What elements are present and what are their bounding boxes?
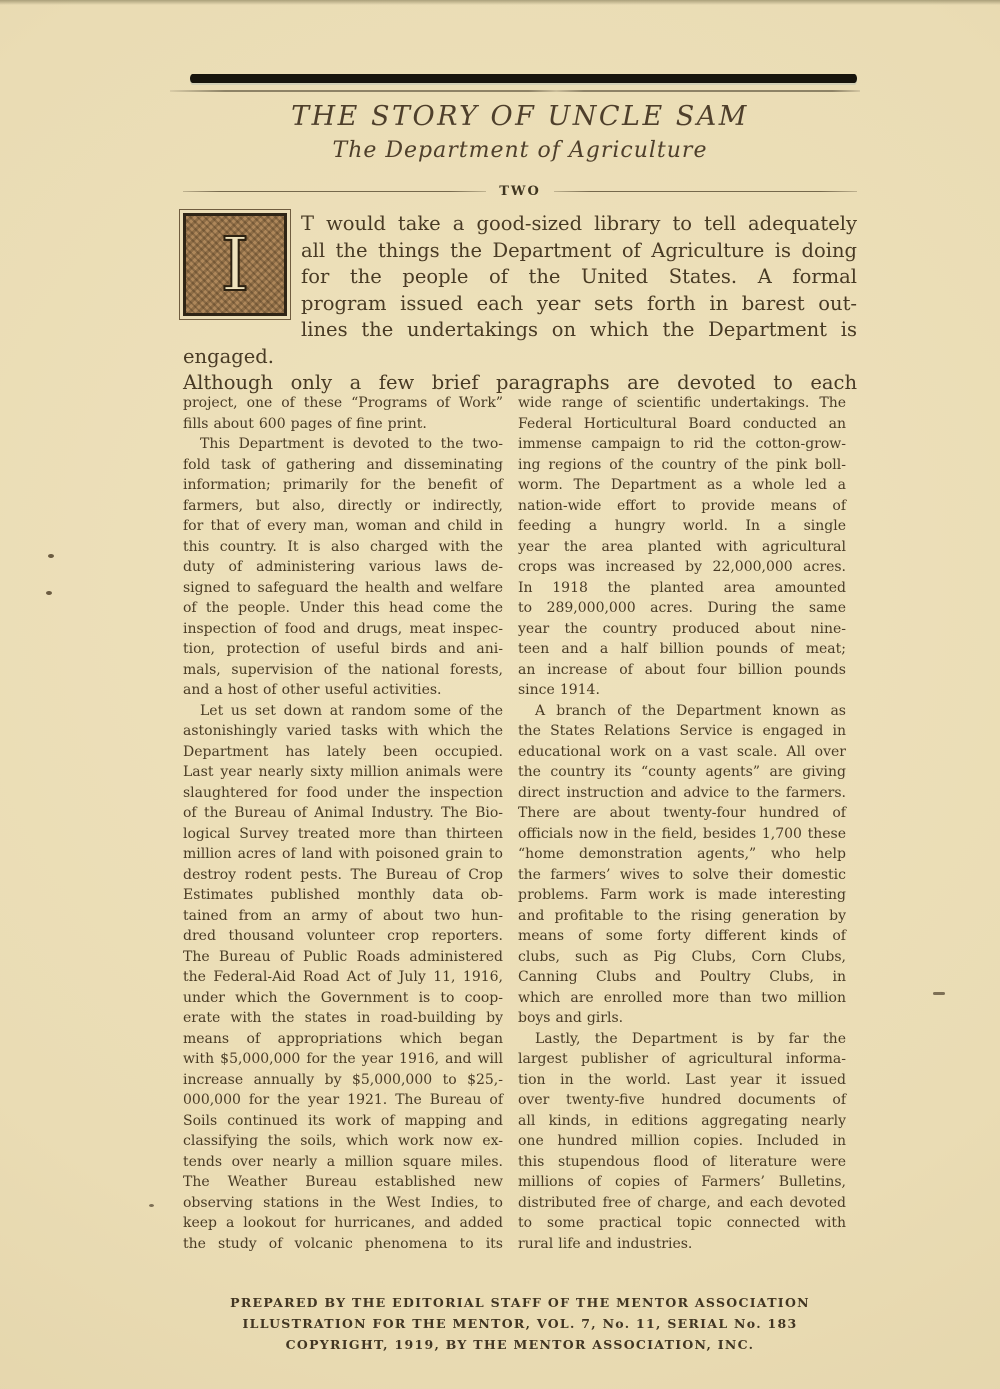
divider-right-rule (554, 191, 857, 193)
text-line: tained from an army of about two hun- (183, 906, 503, 927)
footer-credits: PREPARED BY THE EDITORIAL STAFF OF THE M… (183, 1292, 857, 1355)
text-line: increase annually by $5,000,000 to $25,- (183, 1070, 503, 1091)
text-line: the farmers’ wives to solve their domest… (518, 865, 846, 886)
scanned-page: THE STORY OF UNCLE SAM The Department of… (0, 0, 1000, 1389)
text-line: inspection of food and drugs, meat inspe… (183, 619, 503, 640)
text-line: under which the Government is to coop- (183, 988, 503, 1009)
text-line: Lastly, the Department is by far the (518, 1029, 846, 1050)
text-line: with $5,000,000 for the year 1916, and w… (183, 1049, 503, 1070)
header-thick-rule (190, 74, 857, 83)
text-line: 000,000 for the year 1921. The Bureau of (183, 1090, 503, 1111)
scan-artifact (149, 1204, 154, 1207)
text-line: an increase of about four billion pounds (518, 660, 846, 681)
text-line: feeding a hungry world. In a single (518, 516, 846, 537)
text-line: signed to safeguard the health and welfa… (183, 578, 503, 599)
text-line: which are enrolled more than two million (518, 988, 846, 1009)
text-line: destroy rodent pests. The Bureau of Crop (183, 865, 503, 886)
text-line: millions of copies of Farmers’ Bulletins… (518, 1172, 846, 1193)
text-line: distributed free of charge, and each dev… (518, 1193, 846, 1214)
section-label: TWO (499, 184, 541, 199)
text-line: year the area planted with agricultural (518, 537, 846, 558)
text-line: this stupendous flood of literature were (518, 1152, 846, 1173)
text-line: and profitable to the rising generation … (518, 906, 846, 927)
text-line: this country. It is also charged with th… (183, 537, 503, 558)
text-line: project, one of these “Programs of Work” (183, 393, 503, 414)
text-line: logical Survey treated more than thirtee… (183, 824, 503, 845)
text-line: observing stations in the West Indies, t… (183, 1193, 503, 1214)
text-line: the States Relations Service is engaged … (518, 721, 846, 742)
text-line: Estimates published monthly data ob- (183, 885, 503, 906)
text-line: of the people. Under this head come the (183, 598, 503, 619)
text-line: nation-wide effort to provide means of (518, 496, 846, 517)
text-line: worm. The Department as a whole led a (518, 475, 846, 496)
text-line: keep a lookout for hurricanes, and added (183, 1213, 503, 1234)
text-line: fills about 600 pages of fine print. (183, 414, 503, 435)
footer-line-prepared: PREPARED BY THE EDITORIAL STAFF OF THE M… (183, 1292, 857, 1313)
text-line: largest publisher of agricultural inform… (518, 1049, 846, 1070)
footer-line-copyright: COPYRIGHT, 1919, BY THE MENTOR ASSOCIATI… (183, 1334, 857, 1355)
text-line: The Weather Bureau established new (183, 1172, 503, 1193)
text-line: tends over nearly a million square miles… (183, 1152, 503, 1173)
text-line: The Bureau of Public Roads administered (183, 947, 503, 968)
text-line: the study of volcanic phenomena to its (183, 1234, 503, 1255)
drop-cap-letter: I (220, 228, 249, 302)
scan-artifact (933, 992, 945, 995)
text-line: tion in the world. Last year it issued (518, 1070, 846, 1091)
intro-paragraph: I T would take a good-sized library to t… (183, 211, 857, 397)
text-line: erate with the states in road-building b… (183, 1008, 503, 1029)
text-line: year the country produced about nine- (518, 619, 846, 640)
scan-artifact (48, 554, 54, 558)
text-line: officials now in the field, besides 1,70… (518, 824, 846, 845)
page-subtitle: The Department of Agriculture (183, 136, 857, 166)
text-line: dred thousand volunteer crop reporters. (183, 926, 503, 947)
footer-line-illustration: ILLUSTRATION FOR THE MENTOR, VOL. 7, No.… (183, 1313, 857, 1334)
text-line: ing regions of the country of the pink b… (518, 455, 846, 476)
text-line: Let us set down at random some of the (183, 701, 503, 722)
text-line: and a host of other useful activities. (183, 680, 503, 701)
text-line: one hundred million copies. Included in (518, 1131, 846, 1152)
left-column: project, one of these “Programs of Work”… (183, 393, 503, 1254)
page-title: THE STORY OF UNCLE SAM (183, 100, 857, 134)
text-line: over twenty-five hundred documents of (518, 1090, 846, 1111)
divider-left-rule (183, 191, 486, 193)
text-line: to 289,000,000 acres. During the same (518, 598, 846, 619)
text-line: for that of every man, woman and child i… (183, 516, 503, 537)
text-line: lines the undertakings on which the Depa… (183, 317, 857, 370)
text-line: fold task of gathering and disseminating (183, 455, 503, 476)
text-line: astonishingly varied tasks with which th… (183, 721, 503, 742)
text-line: direct instruction and advice to the far… (518, 783, 846, 804)
text-line: educational work on a vast scale. All ov… (518, 742, 846, 763)
text-line: There are about twenty-four hundred of (518, 803, 846, 824)
text-line: tion, protection of useful birds and ani… (183, 639, 503, 660)
text-line: immense campaign to rid the cotton-grow- (518, 434, 846, 455)
text-line: the country its “county agents” are givi… (518, 762, 846, 783)
text-line: slaughtered for food under the inspectio… (183, 783, 503, 804)
text-line: clubs, such as Pig Clubs, Corn Clubs, (518, 947, 846, 968)
text-line: Last year nearly sixty million animals w… (183, 762, 503, 783)
text-line: since 1914. (518, 680, 846, 701)
text-line: Canning Clubs and Poultry Clubs, in (518, 967, 846, 988)
text-line: farmers, but also, directly or indirectl… (183, 496, 503, 517)
text-line: boys and girls. (518, 1008, 846, 1029)
text-line: A branch of the Department known as (518, 701, 846, 722)
text-line: This Department is devoted to the two- (183, 434, 503, 455)
section-divider: TWO (183, 184, 857, 199)
text-line: wide range of scientific undertakings. T… (518, 393, 846, 414)
drop-cap: I (183, 213, 287, 316)
text-line: In 1918 the planted area amounted (518, 578, 846, 599)
text-line: the Federal-Aid Road Act of July 11, 191… (183, 967, 503, 988)
text-line: million acres of land with poisoned grai… (183, 844, 503, 865)
scan-artifact (46, 591, 52, 595)
text-line: to some practical topic connected with (518, 1213, 846, 1234)
text-line: crops was increased by 22,000,000 acres. (518, 557, 846, 578)
text-line: means of appropriations which began (183, 1029, 503, 1050)
text-line: Department has lately been occupied. (183, 742, 503, 763)
text-line: Federal Horticultural Board conducted an (518, 414, 846, 435)
text-line: duty of administering various laws de- (183, 557, 503, 578)
text-line: mals, supervision of the national forest… (183, 660, 503, 681)
text-line: rural life and industries. (518, 1234, 846, 1255)
text-line: classifying the soils, which work now ex… (183, 1131, 503, 1152)
text-line: information; primarily for the benefit o… (183, 475, 503, 496)
text-line: of the Bureau of Animal Industry. The Bi… (183, 803, 503, 824)
masthead: THE STORY OF UNCLE SAM The Department of… (183, 100, 857, 166)
text-line: problems. Farm work is made interesting (518, 885, 846, 906)
text-line: all kinds, in editions aggregating nearl… (518, 1111, 846, 1132)
text-line: “home demonstration agents,” who help (518, 844, 846, 865)
text-line: Soils continued its work of mapping and (183, 1111, 503, 1132)
header-thin-rule (170, 90, 860, 92)
right-column: wide range of scientific undertakings. T… (518, 393, 846, 1254)
text-line: teen and a half billion pounds of meat; (518, 639, 846, 660)
text-line: means of some forty different kinds of (518, 926, 846, 947)
